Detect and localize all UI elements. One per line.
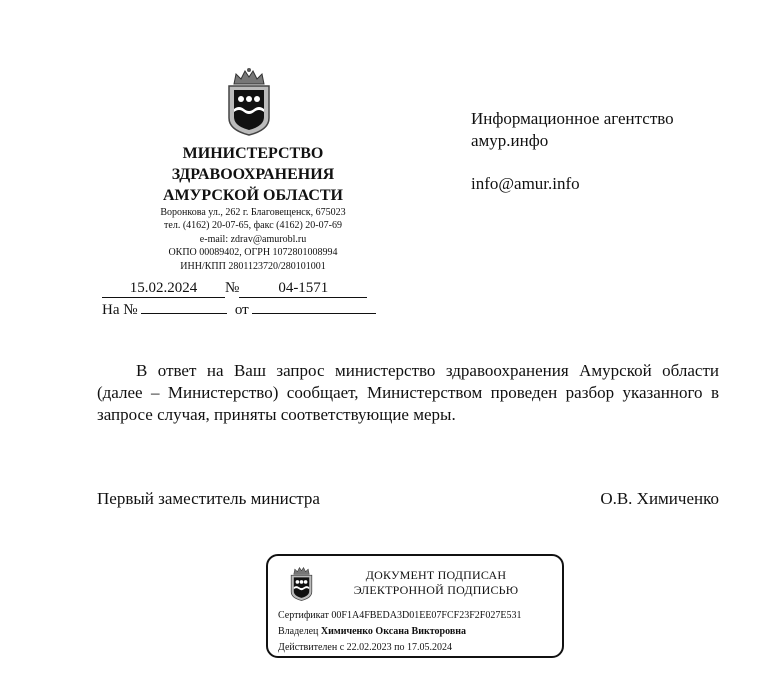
ministry-contacts: Воронкова ул., 262 г. Благовещенск, 6750… <box>130 206 376 272</box>
validity-row: Действителен с 22.02.2023 по 17.05.2024 <box>278 640 521 656</box>
owner-label: Владелец <box>278 626 318 637</box>
valid-from: 22.02.2023 <box>347 642 392 653</box>
valid-label: Действителен <box>278 642 337 653</box>
certificate-row: Сертификат 00F1A4FBEDA3D01EE07FCF23F2F02… <box>278 608 521 624</box>
stamp-title: ДОКУМЕНТ ПОДПИСАН ЭЛЕКТРОННОЙ ПОДПИСЬЮ <box>336 568 536 598</box>
reply-from-label: от <box>235 302 249 318</box>
reply-reference-line: На № от <box>102 298 376 320</box>
letter-body: В ответ на Ваш запрос министерство здрав… <box>97 360 719 426</box>
certificate-label: Сертификат <box>278 610 329 621</box>
ministry-name: МИНИСТЕРСТВО ЗДРАВООХРАНЕНИЯ АМУРСКОЙ ОБ… <box>130 143 376 206</box>
okpo-ogrn: ОКПО 00089402, ОГРН 1072801008994 <box>130 246 376 259</box>
ministry-line: ЗДРАВООХРАНЕНИЯ <box>130 164 376 185</box>
addressee: Информационное агентство амур.инфо info@… <box>471 108 674 195</box>
phone-fax: тел. (4162) 20-07-65, факс (4162) 20-07-… <box>130 219 376 232</box>
address: Воронкова ул., 262 г. Благовещенск, 6750… <box>130 206 376 219</box>
registration-line: 15.02.2024№04-1571 <box>102 278 367 298</box>
valid-to-label: по <box>394 642 404 653</box>
ministry-line: МИНИСТЕРСТВО <box>130 143 376 164</box>
addressee-line: Информационное агентство <box>471 108 674 130</box>
signer-position: Первый заместитель министра <box>97 488 320 510</box>
valid-to: 17.05.2024 <box>407 642 452 653</box>
stamp-title-line: ДОКУМЕНТ ПОДПИСАН <box>336 568 536 583</box>
certificate-value: 00F1A4FBEDA3D01EE07FCF23F2F027E531 <box>331 610 521 621</box>
addressee-line: амур.инфо <box>471 130 674 152</box>
reply-number-label: На № <box>102 302 138 318</box>
addressee-email: info@amur.info <box>471 173 674 195</box>
ministry-line: АМУРСКОЙ ОБЛАСТИ <box>130 185 376 206</box>
inn-kpp: ИНН/КПП 2801123720/280101001 <box>130 260 376 272</box>
reply-number-blank <box>141 298 227 314</box>
reply-date-blank <box>252 298 376 314</box>
ministry-email: e-mail: zdrav@amurobl.ru <box>130 233 376 246</box>
stamp-title-line: ЭЛЕКТРОННОЙ ПОДПИСЬЮ <box>336 583 536 598</box>
coat-of-arms-icon <box>224 66 274 136</box>
owner-row: Владелец Химиченко Оксана Викторовна <box>278 624 521 640</box>
stamp-details: Сертификат 00F1A4FBEDA3D01EE07FCF23F2F02… <box>278 608 521 656</box>
valid-from-label: с <box>340 642 344 653</box>
number-label: № <box>225 280 239 296</box>
registration-date: 15.02.2024 <box>102 280 225 298</box>
signer-name: О.В. Химиченко <box>600 488 719 510</box>
electronic-signature-stamp: ДОКУМЕНТ ПОДПИСАН ЭЛЕКТРОННОЙ ПОДПИСЬЮ С… <box>266 554 564 658</box>
owner-value: Химиченко Оксана Викторовна <box>321 626 466 637</box>
registration-number: 04-1571 <box>239 280 367 298</box>
coat-of-arms-icon <box>288 565 315 601</box>
